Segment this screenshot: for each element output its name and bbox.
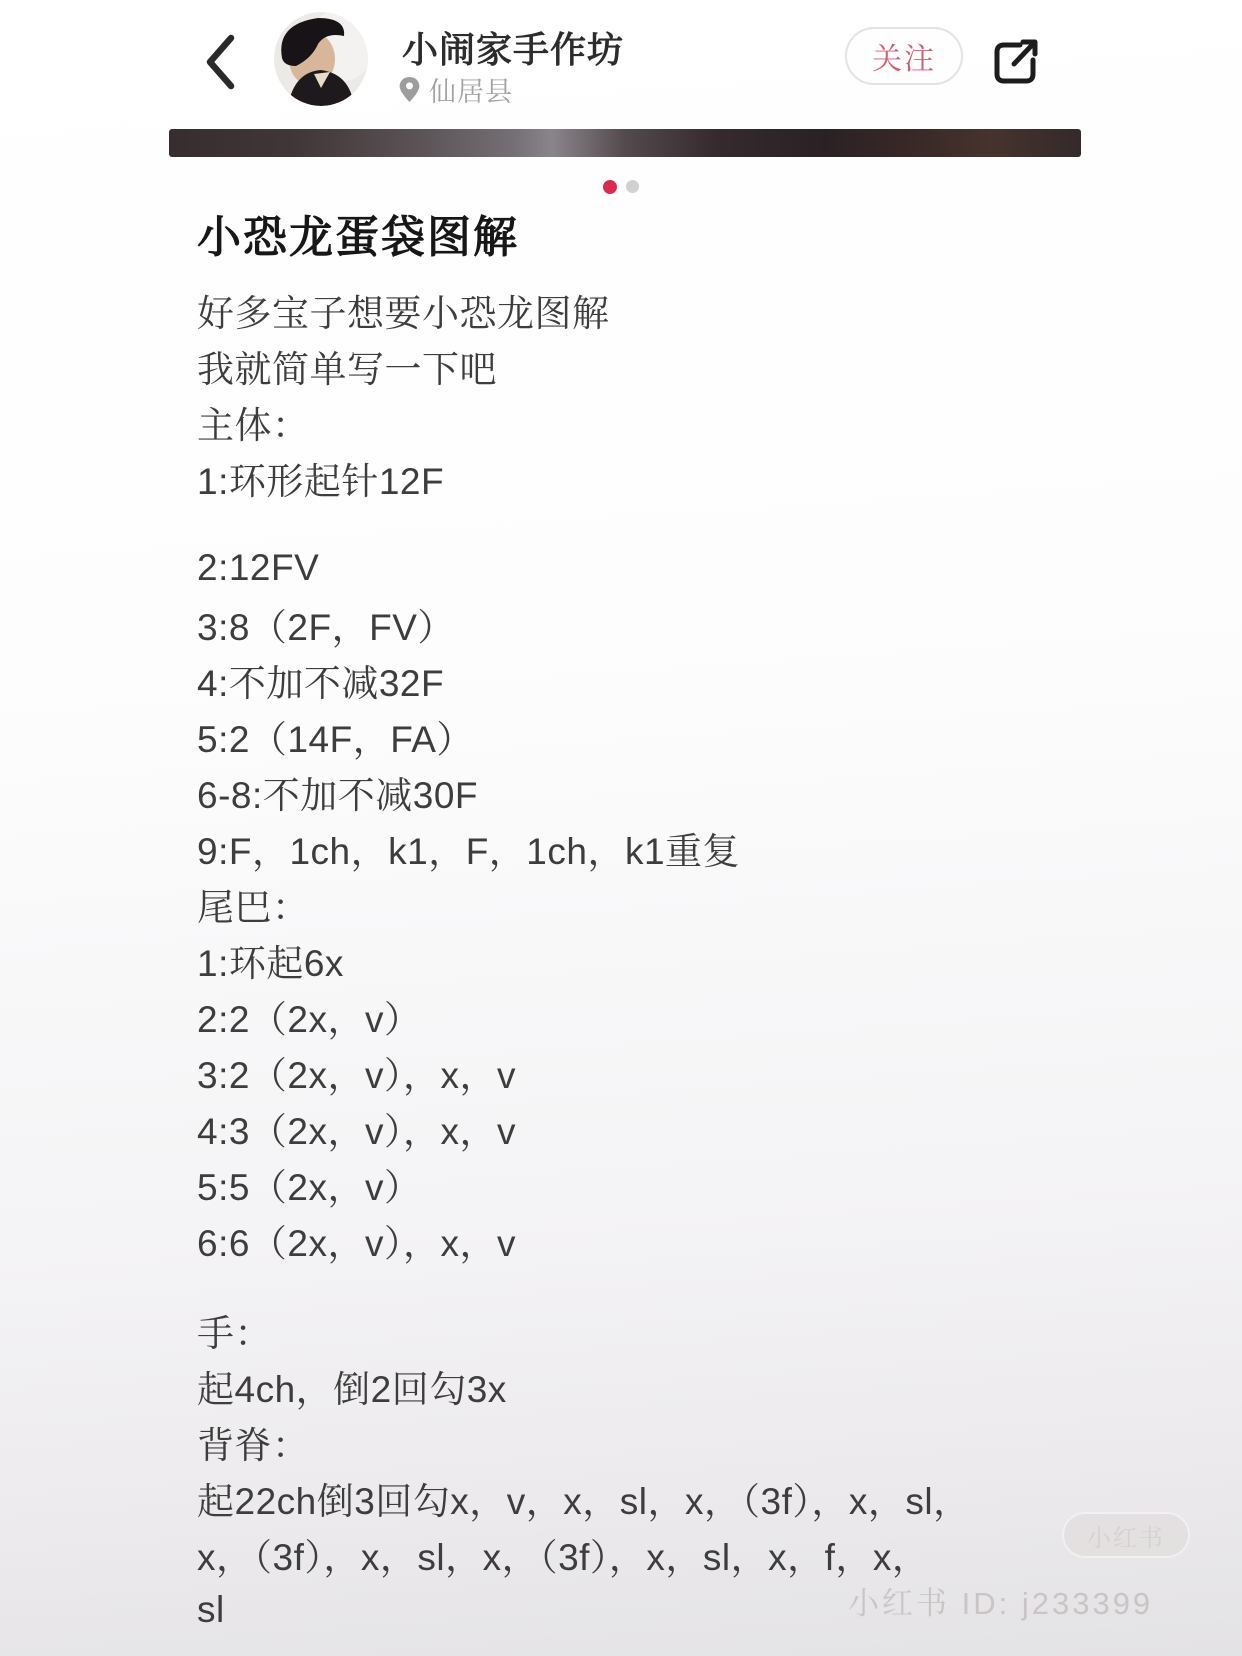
note-body-line: 我就简单写一下吧: [197, 338, 1127, 394]
chevron-left-icon: [198, 30, 244, 94]
note-body-line: x，（3f），x，sl，x，（3f），x，sl，x，f，x，: [197, 1526, 1127, 1582]
note-body-line: 3:8（2F，FV）: [197, 596, 1127, 652]
watermark-logo-text: 小红书: [1087, 1518, 1165, 1553]
note-body-line: 2:12FV: [197, 540, 1127, 596]
note-title: 小恐龙蛋袋图解: [197, 212, 1127, 264]
note-body-line: [197, 506, 1127, 540]
note-body-line: 背脊：: [197, 1414, 1127, 1470]
follow-button[interactable]: 关注: [845, 27, 963, 85]
note-body-line: 4:不加不减32F: [197, 652, 1127, 708]
note-body-line: 9:F，1ch，k1，F，1ch，k1重复: [197, 820, 1127, 876]
note-body-line: 起4ch，倒2回勾3x: [197, 1358, 1127, 1414]
note-detail-page: 小闹家手作坊 仙居县 关注: [0, 0, 1242, 1656]
note-body-line: 3:2（2x，v），x，v: [197, 1044, 1127, 1100]
note-content: 小恐龙蛋袋图解 好多宝子想要小恐龙图解我就简单写一下吧主体：1:环形起针12F2…: [197, 212, 1127, 1638]
note-body-line: 4:3（2x，v），x，v: [197, 1100, 1127, 1156]
carousel-dot-inactive: [626, 180, 639, 193]
note-body-line: 2:2（2x，v）: [197, 988, 1127, 1044]
note-body-line: 1:环形起针12F: [197, 450, 1127, 506]
shop-name[interactable]: 小闹家手作坊: [402, 22, 624, 73]
follow-button-label: 关注: [872, 34, 936, 78]
note-body-line: 好多宝子想要小恐龙图解: [197, 282, 1127, 338]
header-bar: 小闹家手作坊 仙居县 关注: [0, 0, 1242, 120]
note-body-line: 尾巴：: [197, 876, 1127, 932]
share-button[interactable]: [992, 36, 1040, 86]
note-body-line: 主体：: [197, 394, 1127, 450]
note-body-line: 6-8:不加不减30F: [197, 764, 1127, 820]
note-body: 好多宝子想要小恐龙图解我就简单写一下吧主体：1:环形起针12F2:12FV3:8…: [197, 282, 1127, 1638]
note-body-line: 6:6（2x，v），x，v: [197, 1212, 1127, 1268]
note-body-line: [197, 1268, 1127, 1302]
carousel-dots: [0, 180, 1242, 194]
photo-carousel-strip[interactable]: [169, 129, 1081, 157]
avatar[interactable]: [274, 12, 368, 106]
carousel-dot-active: [603, 180, 617, 194]
watermark-id-text: 小红书 ID: j233399: [848, 1578, 1153, 1623]
share-icon: [992, 36, 1040, 86]
location-pin-icon: [397, 76, 422, 104]
back-button[interactable]: [198, 30, 244, 94]
note-body-line: 手：: [197, 1302, 1127, 1358]
xiaohongshu-logo-watermark: 小红书: [1062, 1512, 1190, 1558]
location-label: 仙居县: [429, 70, 513, 109]
note-body-line: 5:2（14F，FA）: [197, 708, 1127, 764]
note-body-line: 5:5（2x，v）: [197, 1156, 1127, 1212]
note-body-line: 起22ch倒3回勾x，v，x，sl，x，（3f），x，sl，: [197, 1470, 1127, 1526]
note-body-line: 1:环起6x: [197, 932, 1127, 988]
location-row: 仙居县: [397, 70, 513, 109]
